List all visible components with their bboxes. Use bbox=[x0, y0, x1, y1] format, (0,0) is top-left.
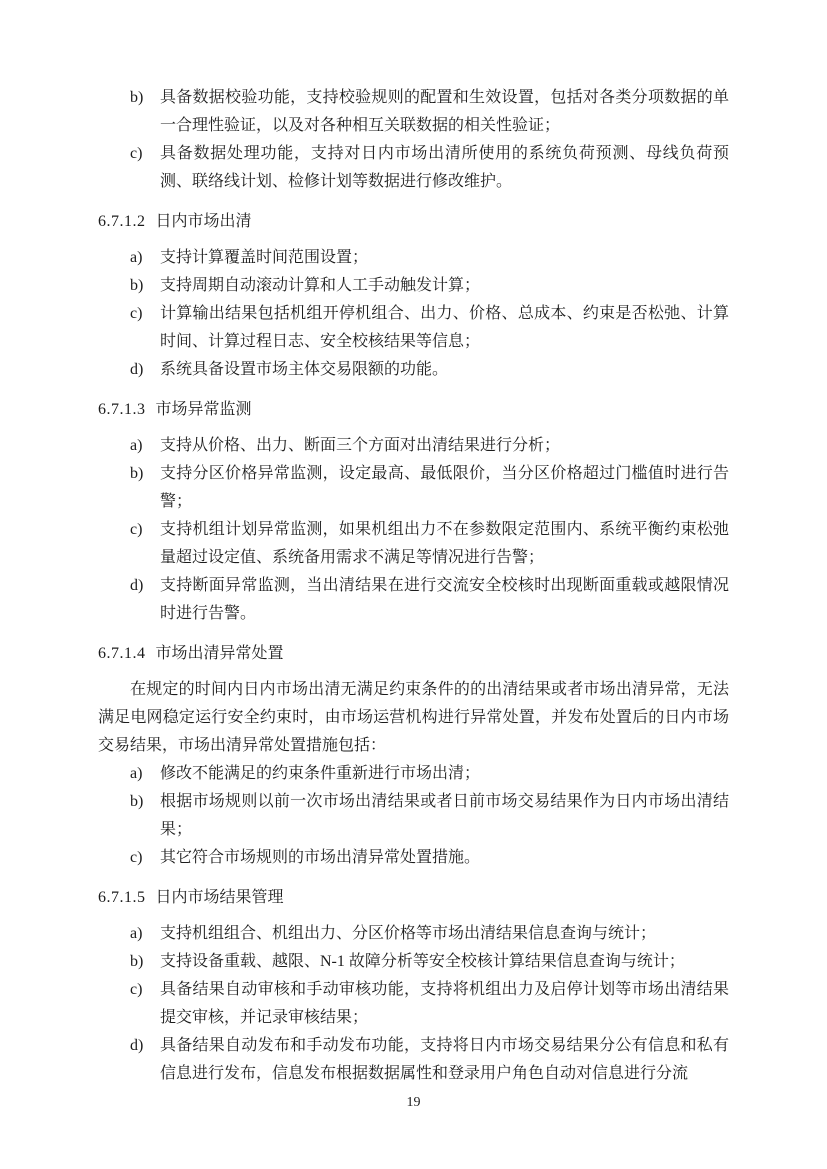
section-title: 市场异常监测 bbox=[156, 401, 252, 418]
list-item-label: c) bbox=[130, 976, 160, 1032]
list-item-label: c) bbox=[130, 516, 160, 572]
list-item-text: 支持断面异常监测，当出清结果在进行交流安全校核时出现断面重载或越限情况时进行告警… bbox=[160, 572, 729, 628]
section-heading: 6.7.1.4市场出清异常处置 bbox=[98, 640, 729, 668]
list-item-text: 具备数据校验功能，支持校验规则的配置和生效设置，包括对各类分项数据的单一合理性验… bbox=[160, 84, 729, 140]
list-item-label: a) bbox=[130, 432, 160, 460]
ordered-list: a) 支持计算覆盖时间范围设置； b) 支持周期自动滚动计算和人工手动触发计算；… bbox=[98, 244, 729, 384]
section-title: 日内市场结果管理 bbox=[156, 889, 284, 906]
section-title: 市场出清异常处置 bbox=[156, 645, 284, 662]
list-item: c) 具备数据处理功能，支持对日内市场出清所使用的系统负荷预测、母线负荷预测、联… bbox=[130, 140, 729, 196]
list-item-text: 支持分区价格异常监测，设定最高、最低限价，当分区价格超过门槛值时进行告警； bbox=[160, 460, 729, 516]
list-item: b) 根据市场规则以前一次市场出清结果或者日前市场交易结果作为日内市场出清结果； bbox=[130, 788, 729, 844]
list-item: d) 系统具备设置市场主体交易限额的功能。 bbox=[130, 356, 729, 384]
list-item-text: 支持从价格、出力、断面三个方面对出清结果进行分析； bbox=[160, 432, 729, 460]
section-number: 6.7.1.4 bbox=[98, 645, 146, 662]
list-item-text: 具备结果自动审核和手动审核功能，支持将机组出力及启停计划等市场出清结果提交审核，… bbox=[160, 976, 729, 1032]
list-item: c) 其它符合市场规则的市场出清异常处置措施。 bbox=[130, 844, 729, 872]
list-item: a) 支持机组组合、机组出力、分区价格等市场出清结果信息查询与统计； bbox=[130, 920, 729, 948]
section-title: 日内市场出清 bbox=[156, 213, 252, 230]
ordered-list: a) 修改不能满足的约束条件重新进行市场出清； b) 根据市场规则以前一次市场出… bbox=[98, 760, 729, 872]
list-item-label: c) bbox=[130, 300, 160, 356]
list-item-label: b) bbox=[130, 948, 160, 976]
list-item-label: b) bbox=[130, 272, 160, 300]
list-item-text: 具备结果自动发布和手动发布功能，支持将日内市场交易结果分公有信息和私有信息进行发… bbox=[160, 1032, 729, 1088]
ordered-list: a) 支持机组组合、机组出力、分区价格等市场出清结果信息查询与统计； b) 支持… bbox=[98, 920, 729, 1088]
list-item: b) 支持分区价格异常监测，设定最高、最低限价，当分区价格超过门槛值时进行告警； bbox=[130, 460, 729, 516]
list-item-label: c) bbox=[130, 844, 160, 872]
list-item-label: a) bbox=[130, 920, 160, 948]
section-heading: 6.7.1.5日内市场结果管理 bbox=[98, 884, 729, 912]
list-item-label: c) bbox=[130, 140, 160, 196]
section-number: 6.7.1.3 bbox=[98, 401, 146, 418]
list-item-label: a) bbox=[130, 760, 160, 788]
list-item: d) 具备结果自动发布和手动发布功能，支持将日内市场交易结果分公有信息和私有信息… bbox=[130, 1032, 729, 1088]
list-item-text: 根据市场规则以前一次市场出清结果或者日前市场交易结果作为日内市场出清结果； bbox=[160, 788, 729, 844]
list-item-label: d) bbox=[130, 1032, 160, 1088]
list-item-text: 具备数据处理功能，支持对日内市场出清所使用的系统负荷预测、母线负荷预测、联络线计… bbox=[160, 140, 729, 196]
list-item-label: d) bbox=[130, 572, 160, 628]
section-heading: 6.7.1.2日内市场出清 bbox=[98, 208, 729, 236]
list-item-label: b) bbox=[130, 460, 160, 516]
list-item: a) 修改不能满足的约束条件重新进行市场出清； bbox=[130, 760, 729, 788]
ordered-list: b) 具备数据校验功能，支持校验规则的配置和生效设置，包括对各类分项数据的单一合… bbox=[98, 84, 729, 196]
list-item: d) 支持断面异常监测，当出清结果在进行交流安全校核时出现断面重载或越限情况时进… bbox=[130, 572, 729, 628]
list-item-text: 支持计算覆盖时间范围设置； bbox=[160, 244, 729, 272]
section-heading: 6.7.1.3市场异常监测 bbox=[98, 396, 729, 424]
ordered-list: a) 支持从价格、出力、断面三个方面对出清结果进行分析； b) 支持分区价格异常… bbox=[98, 432, 729, 628]
list-item-label: a) bbox=[130, 244, 160, 272]
list-item-text: 支持机组组合、机组出力、分区价格等市场出清结果信息查询与统计； bbox=[160, 920, 729, 948]
list-item-text: 支持周期自动滚动计算和人工手动触发计算； bbox=[160, 272, 729, 300]
section-number: 6.7.1.2 bbox=[98, 213, 146, 230]
list-item-text: 修改不能满足的约束条件重新进行市场出清； bbox=[160, 760, 729, 788]
list-item: c) 具备结果自动审核和手动审核功能，支持将机组出力及启停计划等市场出清结果提交… bbox=[130, 976, 729, 1032]
list-item: b) 支持设备重载、越限、N-1 故障分析等安全校核计算结果信息查询与统计； bbox=[130, 948, 729, 976]
document-page: b) 具备数据校验功能，支持校验规则的配置和生效设置，包括对各类分项数据的单一合… bbox=[0, 0, 827, 1169]
list-item-label: b) bbox=[130, 84, 160, 140]
list-item: b) 具备数据校验功能，支持校验规则的配置和生效设置，包括对各类分项数据的单一合… bbox=[130, 84, 729, 140]
list-item: c) 计算输出结果包括机组开停机组合、出力、价格、总成本、约束是否松弛、计算时间… bbox=[130, 300, 729, 356]
list-item-label: b) bbox=[130, 788, 160, 844]
list-item-label: d) bbox=[130, 356, 160, 384]
list-item: a) 支持从价格、出力、断面三个方面对出清结果进行分析； bbox=[130, 432, 729, 460]
list-item-text: 系统具备设置市场主体交易限额的功能。 bbox=[160, 356, 729, 384]
paragraph: 在规定的时间内日内市场出清无满足约束条件的的出清结果或者市场出清异常，无法满足电… bbox=[98, 676, 729, 760]
list-item: a) 支持计算覆盖时间范围设置； bbox=[130, 244, 729, 272]
list-item: c) 支持机组计划异常监测，如果机组出力不在参数限定范围内、系统平衡约束松弛量超… bbox=[130, 516, 729, 572]
list-item-text: 支持机组计划异常监测，如果机组出力不在参数限定范围内、系统平衡约束松弛量超过设定… bbox=[160, 516, 729, 572]
section-number: 6.7.1.5 bbox=[98, 889, 146, 906]
list-item: b) 支持周期自动滚动计算和人工手动触发计算； bbox=[130, 272, 729, 300]
page-number: 19 bbox=[0, 1095, 827, 1111]
list-item-text: 支持设备重载、越限、N-1 故障分析等安全校核计算结果信息查询与统计； bbox=[160, 948, 729, 976]
list-item-text: 其它符合市场规则的市场出清异常处置措施。 bbox=[160, 844, 729, 872]
list-item-text: 计算输出结果包括机组开停机组合、出力、价格、总成本、约束是否松弛、计算时间、计算… bbox=[160, 300, 729, 356]
